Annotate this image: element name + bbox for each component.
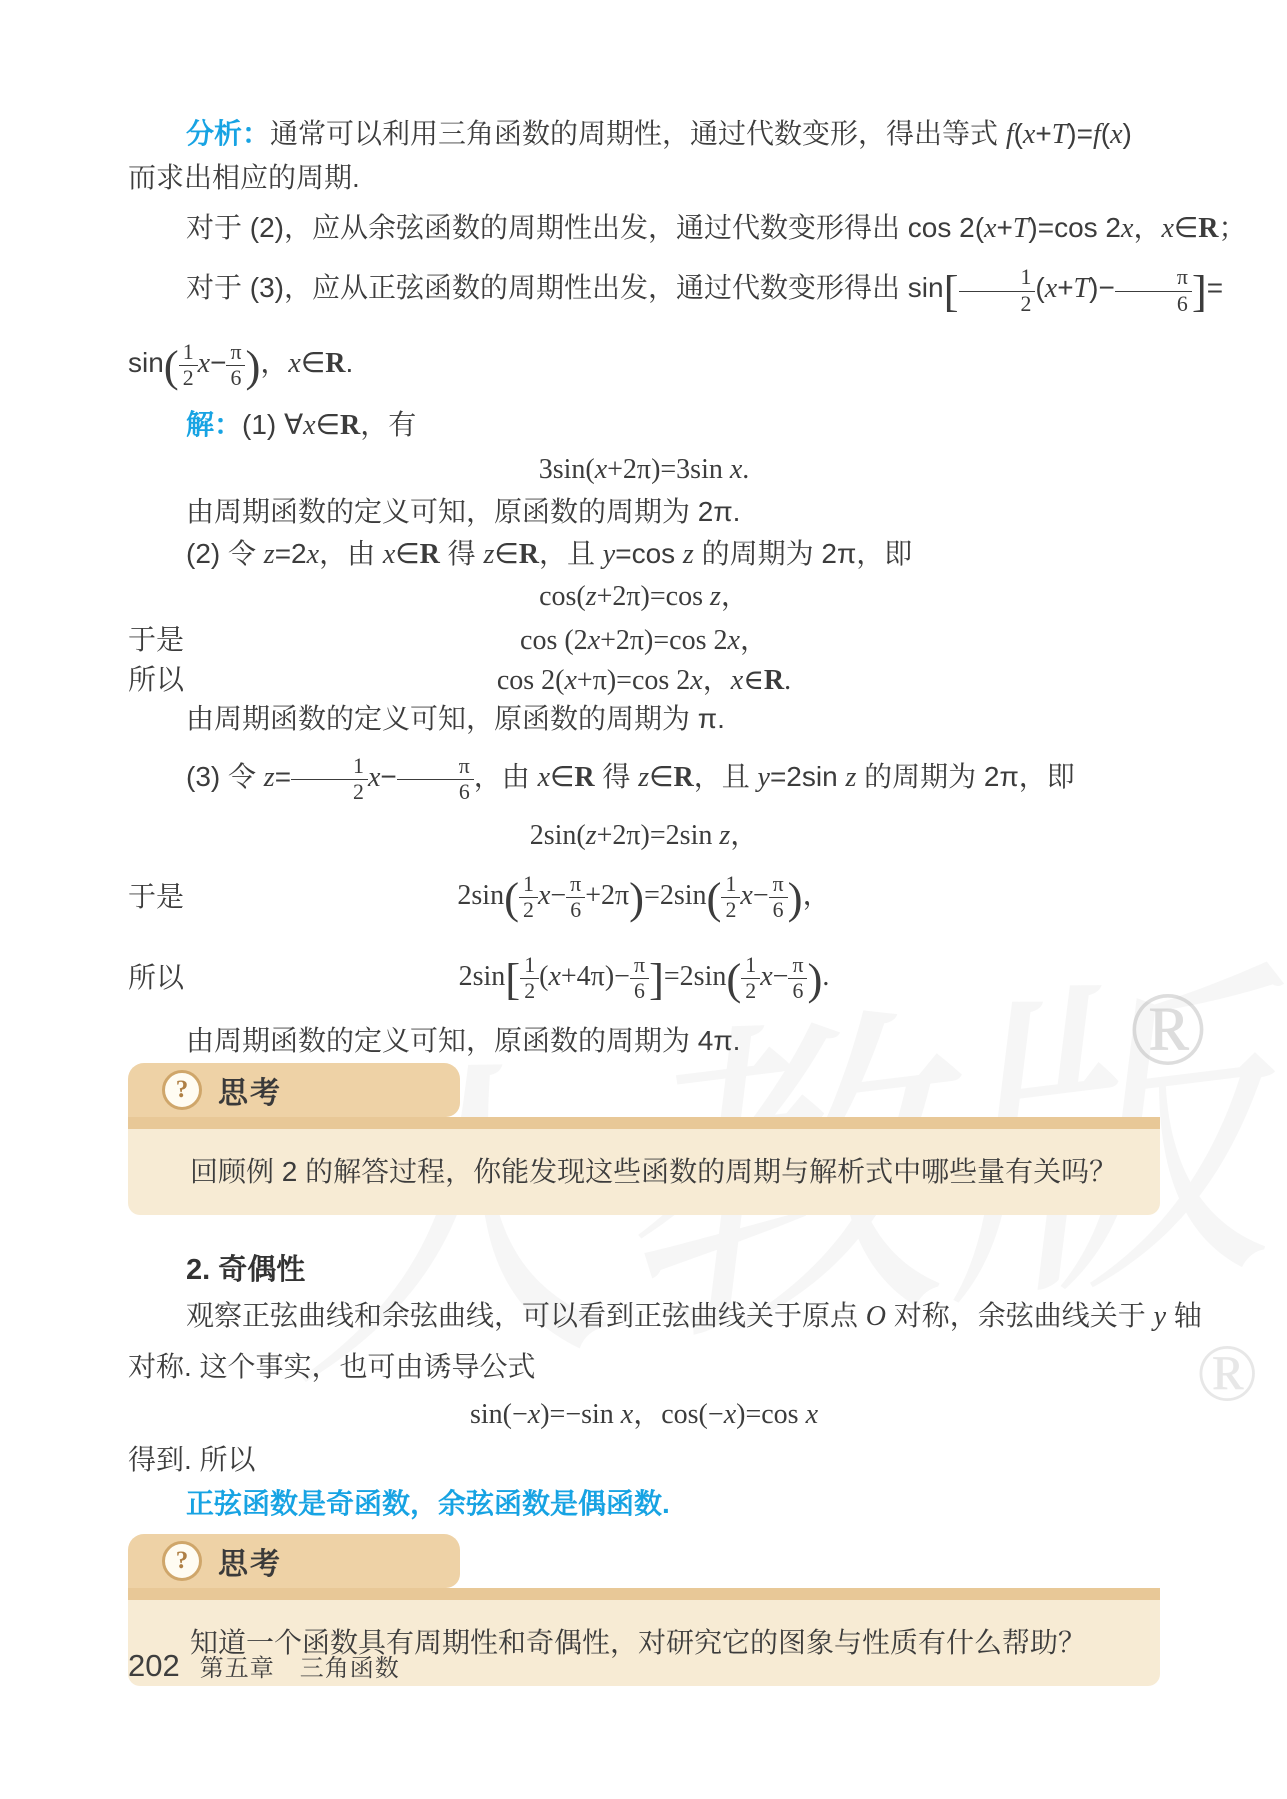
think-box-title: 思考 [218,1068,282,1112]
think-box-band [128,1588,1160,1600]
induction-formula: sin(−x)=−sin x，cos(−x)=cos x [128,1392,1160,1438]
connector-then: 于是 [128,858,184,936]
page-footer: 202 第五章 三角函数 [128,1648,400,1684]
connector-so: 所以 [128,938,184,1018]
solution-eq-2c-row: 所以 cos 2(x+π)=cos 2x，x∈R. [128,658,1160,698]
analysis-line-5: sin(12x−π6)，x∈R. [128,327,1160,402]
solution-conclusion-3: 由周期函数的定义可知，原函数的周期为 4π. [128,1019,1160,1063]
solution-conclusion-2: 由周期函数的定义可知，原函数的周期为 π. [128,698,1160,740]
analysis-label: 分析： [186,118,270,149]
solution-head-3: (3) 令 z=12x−π6，由 x∈R 得 z∈R，且 y=2sin z 的周… [128,740,1160,815]
connector-so: 所以 [128,658,184,698]
solution-eq-3b: 2sin(12x−π6+2π)=2sin(12x−π6)， [128,857,1160,937]
solution-head-2: (2) 令 z=2x，由 x∈R 得 z∈R，且 y=cos z 的周期为 2π… [128,533,1160,576]
connector-then: 于是 [128,618,184,658]
solution-eq-2b: cos (2x+2π)=cos 2x， [128,618,1160,658]
analysis-line-4: 对于 (3)，应从正弦函数的周期性出发，通过代数变形得出 sin[12(x+T)… [128,252,1160,327]
solution-label: 解： [186,409,242,440]
think-box-band [128,1117,1160,1129]
parity-line-2: 对称. 这个事实，也可由诱导公式 [128,1342,1160,1392]
think-box-tab: ? 思考 [128,1534,460,1588]
solution-eq-3b-row: 于是 2sin(12x−π6+2π)=2sin(12x−π6)， [128,857,1160,937]
solution-part1-head: (1) ∀x∈R，有 [242,409,416,440]
solution-eq-2c: cos 2(x+π)=cos 2x，x∈R. [128,658,1160,698]
solution-eq-2b-row: 于是 cos (2x+2π)=cos 2x， [128,618,1160,658]
solution-eq-1: 3sin(x+2π)=3sin x. [128,449,1160,491]
analysis-line-3: 对于 (2)，应从余弦函数的周期性出发，通过代数变形得出 cos 2(x+T)=… [128,205,1160,252]
parity-statement: 正弦函数是奇函数，余弦函数是偶函数. [128,1482,1160,1526]
question-mark-icon: ? [162,1541,202,1581]
page-number: 202 [128,1648,180,1684]
think-box-question: 回顾例 2 的解答过程，你能发现这些函数的周期与解析式中哪些量有关吗？ [190,1153,1120,1191]
solution-head-1: 解：(1) ∀x∈R，有 [128,402,1160,449]
think-box-periodicity: ? 思考 回顾例 2 的解答过程，你能发现这些函数的周期与解析式中哪些量有关吗？ [128,1063,1160,1215]
solution-eq-2a: cos(z+2π)=cos z， [128,576,1160,618]
parity-line-3: 得到. 所以 [128,1438,1160,1482]
think-box-tab: ? 思考 [128,1063,460,1117]
question-mark-icon: ? [162,1070,202,1110]
chapter-title: 第五章 三角函数 [200,1648,400,1683]
solution-eq-3c: 2sin[12(x+4π)−π6]=2sin(12x−π6). [128,937,1160,1019]
parity-line-1: 观察正弦曲线和余弦曲线，可以看到正弦曲线关于原点 O 对称，余弦曲线关于 y 轴 [128,1291,1160,1342]
analysis-text-1: 通常可以利用三角函数的周期性，通过代数变形，得出等式 f(x+T)=f(x) [270,118,1132,149]
think-box-title: 思考 [218,1539,282,1583]
think-box-body: 回顾例 2 的解答过程，你能发现这些函数的周期与解析式中哪些量有关吗？ [128,1129,1160,1215]
solution-conclusion-1: 由周期函数的定义可知，原函数的周期为 2π. [128,491,1160,533]
solution-eq-3c-row: 所以 2sin[12(x+4π)−π6]=2sin(12x−π6). [128,937,1160,1019]
section-heading-parity: 2. 奇偶性 [128,1249,1160,1291]
textbook-page: 分析：通常可以利用三角函数的周期性，通过代数变形，得出等式 f(x+T)=f(x… [0,0,1287,1686]
solution-eq-3a: 2sin(z+2π)=2sin z， [128,815,1160,857]
analysis-line-2: 而求出相应的周期. [128,157,1160,199]
analysis-line-1: 分析：通常可以利用三角函数的周期性，通过代数变形，得出等式 f(x+T)=f(x… [128,112,1160,157]
